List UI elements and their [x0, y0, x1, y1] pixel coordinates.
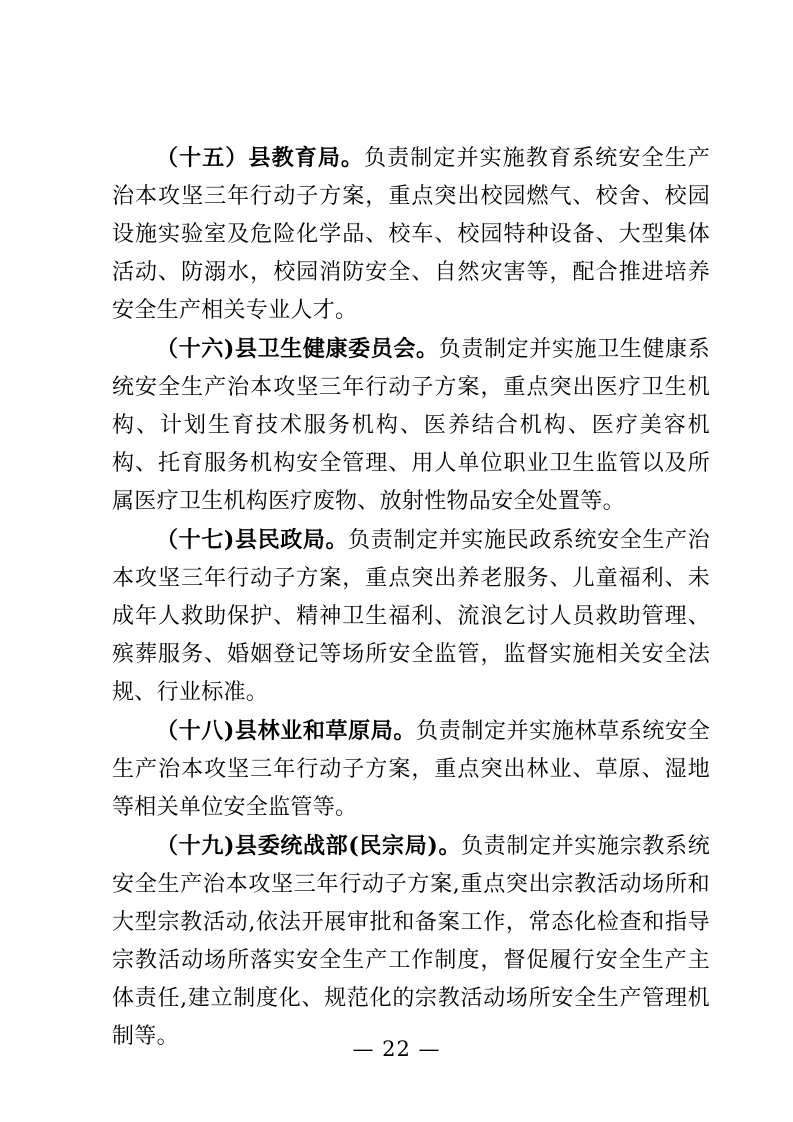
- paragraph-16: （十六)县卫生健康委员会。负责制定并实施卫生健康系统安全生产治本攻坚三年行动子方…: [112, 330, 710, 521]
- paragraph-17-text: 负责制定并实施民政系统安全生产治本攻坚三年行动子方案，重点突出养老服务、儿童福利…: [112, 528, 710, 705]
- paragraph-19-heading: （十九)县委统战部(民宗局)。: [156, 833, 461, 859]
- paragraph-16-heading: （十六)县卫生健康委员会。: [156, 336, 439, 362]
- paragraph-19: （十九)县委统战部(民宗局)。负责制定并实施宗教系统安全生产治本攻坚三年行动子方…: [112, 827, 710, 1056]
- paragraph-17: （十七)县民政局。负责制定并实施民政系统安全生产治本攻坚三年行动子方案，重点突出…: [112, 521, 710, 712]
- document-body: （十五）县教育局。负责制定并实施教育系统安全生产治本攻坚三年行动子方案，重点突出…: [112, 139, 710, 1056]
- paragraph-16-text: 负责制定并实施卫生健康系统安全生产治本攻坚三年行动子方案，重点突出医疗卫生机构、…: [112, 337, 710, 514]
- paragraph-18: （十八)县林业和草原局。负责制定并实施林草系统安全生产治本攻坚三年行动子方案，重…: [112, 712, 710, 827]
- paragraph-15-heading: （十五）县教育局。: [156, 145, 364, 171]
- paragraph-15: （十五）县教育局。负责制定并实施教育系统安全生产治本攻坚三年行动子方案，重点突出…: [112, 139, 710, 330]
- paragraph-19-text: 负责制定并实施宗教系统安全生产治本攻坚三年行动子方案,重点突出宗教活动场所和大型…: [112, 834, 710, 1049]
- page-number: — 22 —: [0, 1034, 793, 1064]
- paragraph-18-heading: （十八)县林业和草原局。: [156, 718, 416, 744]
- paragraph-15-text: 负责制定并实施教育系统安全生产治本攻坚三年行动子方案，重点突出校园燃气、校舍、校…: [112, 146, 710, 323]
- document-page: （十五）县教育局。负责制定并实施教育系统安全生产治本攻坚三年行动子方案，重点突出…: [0, 0, 793, 1122]
- paragraph-17-heading: （十七)县民政局。: [156, 527, 348, 553]
